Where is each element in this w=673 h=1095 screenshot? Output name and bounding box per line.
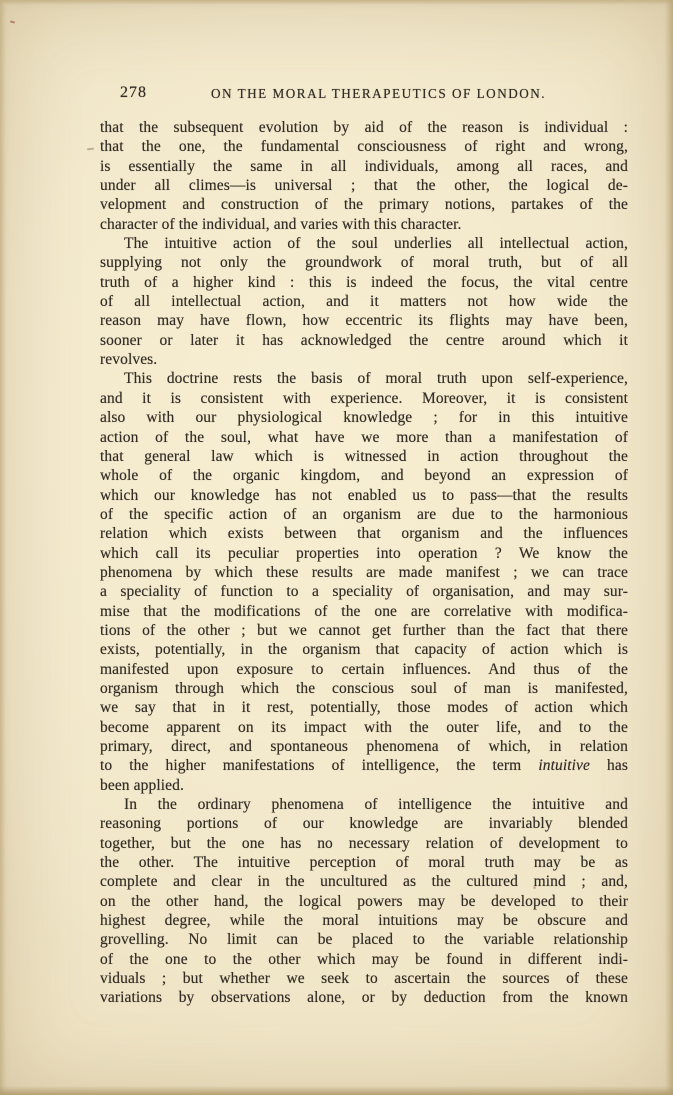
paragraph: This doctrine rests the basis of moral t… [100, 369, 628, 795]
text-line: we say that in it rest, potentially, tho… [100, 698, 628, 717]
text-line: that the one, the fundamental consciousn… [100, 137, 628, 156]
text-line: In the ordinary phenomena of intelligenc… [100, 795, 628, 814]
text-line: phenomena by which these results are mad… [100, 563, 628, 582]
text-block: 278 ON THE MORAL THERAPEUTICS OF LONDON.… [100, 85, 628, 1008]
paragraph: that the subsequent evolution by aid of … [100, 118, 628, 234]
text-line: sooner or later it has acknowledged the … [100, 331, 628, 350]
text-line: exists, potentially, in the organism tha… [100, 640, 628, 659]
paragraph: In the ordinary phenomena of intelligenc… [100, 795, 628, 1008]
text-line: also with our physiological knowledge ; … [100, 408, 628, 427]
scanned-book-page: 278 ON THE MORAL THERAPEUTICS OF LONDON.… [0, 0, 673, 1095]
page-edge-left [0, 0, 6, 1095]
text-line: which call its peculiar properties into … [100, 544, 628, 563]
text-line: which our knowledge has not enabled us t… [100, 486, 628, 505]
text-line: and it is consistent with experience. Mo… [100, 389, 628, 408]
running-title: ON THE MORAL THERAPEUTICS OF LONDON. [211, 86, 546, 102]
text-line: revolves. [100, 350, 628, 369]
text-line: of the one to the other which may be fou… [100, 950, 628, 969]
text-line: reasoning portions of our knowledge are … [100, 814, 628, 833]
text-line: to the higher manifestations of intellig… [100, 756, 628, 775]
text-line: truth of a higher kind : this is indeed … [100, 273, 628, 292]
page-edge-right [665, 0, 673, 1095]
text-line: a speciality of function to a speciality… [100, 582, 628, 601]
text-line: become apparent on its impact with the o… [100, 718, 628, 737]
text-line: organism through which the conscious sou… [100, 679, 628, 698]
running-header: 278 ON THE MORAL THERAPEUTICS OF LONDON. [100, 85, 628, 101]
text-line: complete and clear in the uncultured as … [100, 872, 628, 891]
text-line: grovelling. No limit can be placed to th… [100, 930, 628, 949]
paper-speck [10, 20, 15, 23]
text-line: the other. The intuitive perception of m… [100, 853, 628, 872]
text-line: The intuitive action of the soul underli… [100, 234, 628, 253]
text-line: supplying not only the groundwork of mor… [100, 253, 628, 272]
text-line: viduals ; but whether we seek to ascerta… [100, 969, 628, 988]
text-line: highest degree, while the moral intuitio… [100, 911, 628, 930]
text-line: of all intellectual action, and it matte… [100, 292, 628, 311]
text-line: is essentially the same in all individua… [100, 157, 628, 176]
text-line: reason may have flown, how eccentric its… [100, 311, 628, 330]
text-line: under all climes—is universal ; that the… [100, 176, 628, 195]
text-line: velopment and construction of the primar… [100, 195, 628, 214]
text-line: character of the individual, and varies … [100, 215, 628, 234]
text-line: been applied. [100, 776, 628, 795]
text-line: manifested upon exposure to certain infl… [100, 660, 628, 679]
page-edge-top [0, 0, 673, 5]
text-line: tions of the other ; but we cannot get f… [100, 621, 628, 640]
text-line: whole of the organic kingdom, and beyond… [100, 466, 628, 485]
text-line: relation which exists between that organ… [100, 524, 628, 543]
text-line: that general law which is witnessed in a… [100, 447, 628, 466]
paper-speck [87, 148, 94, 151]
text-line: that the subsequent evolution by aid of … [100, 118, 628, 137]
text-line: of the specific action of an organism ar… [100, 505, 628, 524]
paragraph: The intuitive action of the soul underli… [100, 234, 628, 369]
text-line: on the other hand, the logical powers ma… [100, 892, 628, 911]
text-line: action of the soul, what have we more th… [100, 428, 628, 447]
text-line: This doctrine rests the basis of moral t… [100, 369, 628, 388]
text-line: variations by observations alone, or by … [100, 988, 628, 1007]
page-edge-bottom [0, 1086, 673, 1095]
page-number: 278 [120, 84, 147, 102]
body-text: that the subsequent evolution by aid of … [100, 118, 628, 1008]
text-line: together, but the one has no necessary r… [100, 834, 628, 853]
text-line: mise that the modifications of the one a… [100, 602, 628, 621]
text-line: primary, direct, and spontaneous phenome… [100, 737, 628, 756]
